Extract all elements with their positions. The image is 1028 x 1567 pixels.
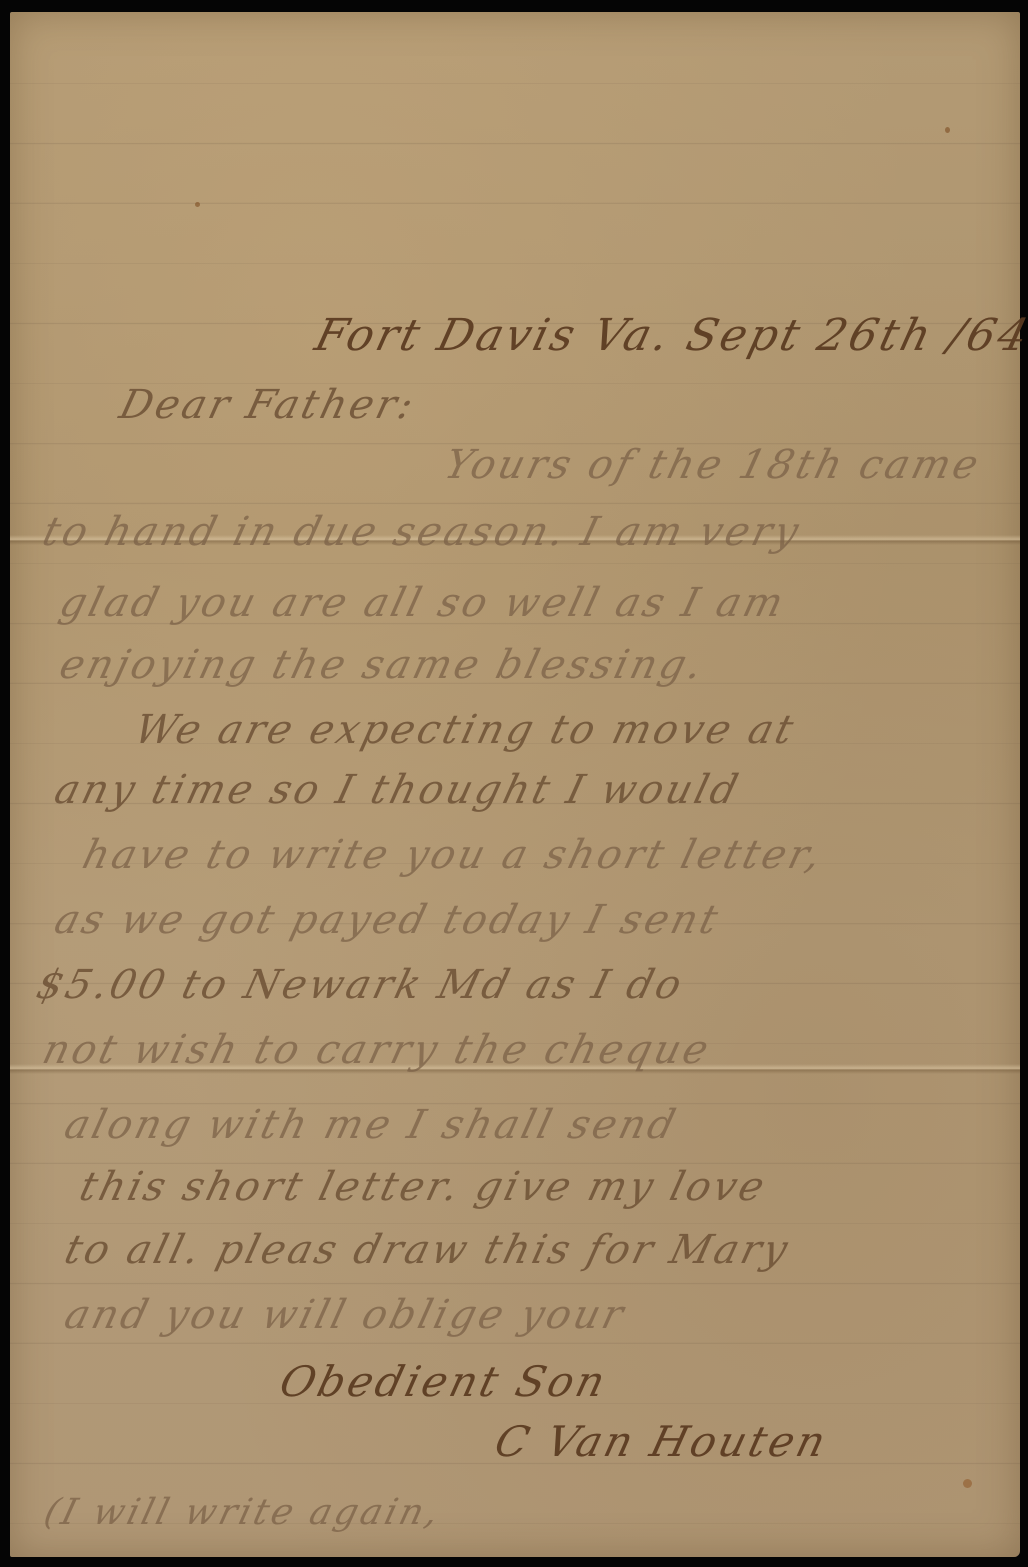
body-line: along with me I shall send bbox=[60, 1102, 683, 1148]
body-line: to all. pleas draw this for Mary bbox=[60, 1227, 795, 1273]
body-line: Yours of the 18th came bbox=[440, 442, 986, 488]
body-line: $5.00 to Newark Md as I do bbox=[32, 962, 689, 1008]
stain-spot bbox=[963, 1479, 972, 1488]
body-line: not wish to carry the cheque bbox=[38, 1027, 716, 1073]
ink-spot bbox=[945, 127, 950, 133]
body-line: any time so I thought I would bbox=[50, 767, 745, 813]
body-line: as we got payed today I sent bbox=[50, 897, 725, 943]
body-line: and you will oblige your bbox=[60, 1292, 631, 1338]
closing: Obedient Son bbox=[275, 1357, 613, 1406]
body-line: to hand in due season. I am very bbox=[38, 509, 806, 555]
salutation: Dear Father: bbox=[115, 382, 421, 428]
body-line: We are expecting to move at bbox=[130, 707, 801, 753]
signature: C Van Houten bbox=[490, 1417, 833, 1466]
body-line: this short letter. give my love bbox=[75, 1164, 772, 1210]
ink-spot bbox=[195, 202, 200, 207]
body-line: have to write you a short letter, bbox=[78, 832, 828, 878]
dateline: Fort Davis Va. Sept 26th /64 bbox=[310, 310, 1028, 361]
body-line: glad you are all so well as I am bbox=[55, 580, 791, 626]
postscript: (I will write again, bbox=[40, 1492, 446, 1533]
body-line: enjoying the same blessing. bbox=[55, 642, 710, 688]
letter-page: Fort Davis Va. Sept 26th /64 Dear Father… bbox=[10, 12, 1020, 1557]
